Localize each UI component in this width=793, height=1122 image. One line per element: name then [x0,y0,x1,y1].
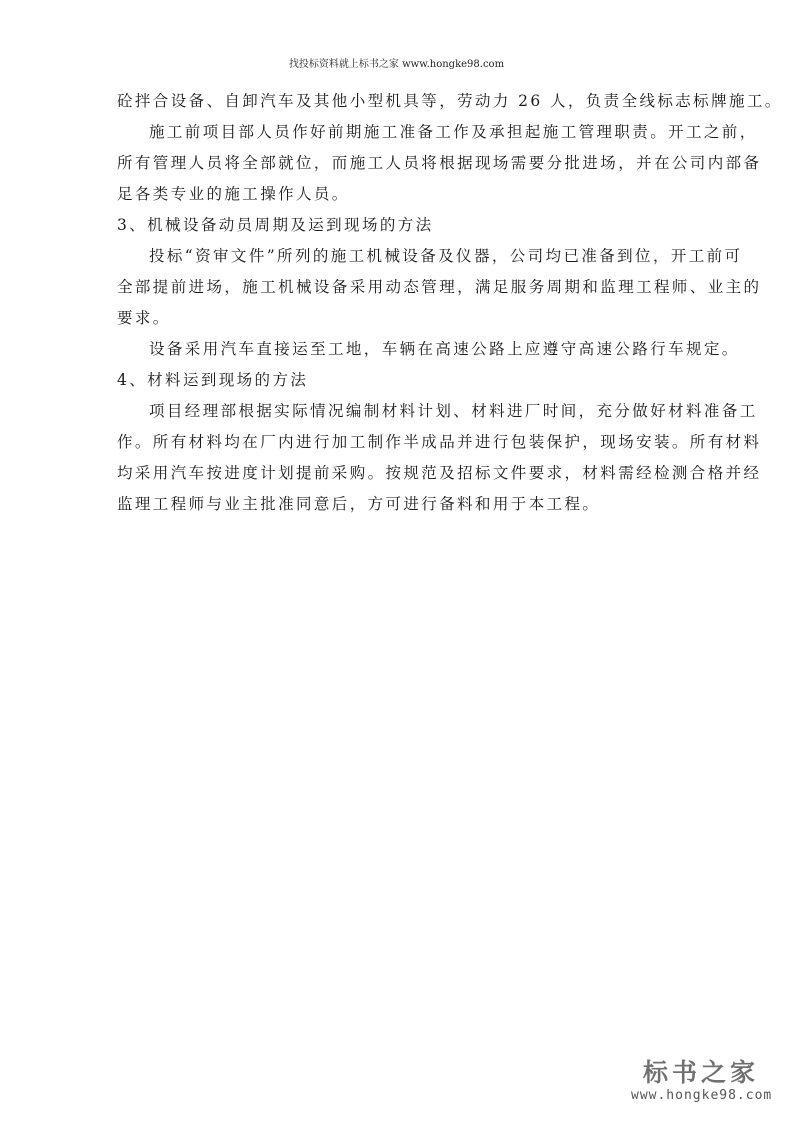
paragraph-line: 监理工程师与业主批准同意后，方可进行备料和用于本工程。 [117,489,699,520]
paragraph-line: 设备采用汽车直接运至工地，车辆在高速公路上应遵守高速公路行车规定。 [117,334,699,365]
paragraph-line: 所有管理人员将全部就位，而施工人员将根据现场需要分批进场，并在公司内部备 [117,148,699,179]
paragraph-line: 足各类专业的施工操作人员。 [117,179,699,210]
page-header: 找投标资料就上标书之家 www.hongke98.com [0,55,793,70]
paragraph-line: 作。所有材料均在厂内进行加工制作半成品并进行包装保护，现场安装。所有材料 [117,427,699,458]
paragraph-line: 砼拌合设备、自卸汽车及其他小型机具等，劳动力 26 人，负责全线标志标牌施工。 [117,86,699,117]
paragraph-line: 均采用汽车按进度计划提前采购。按规范及招标文件要求，材料需经检测合格并经 [117,458,699,489]
paragraph-line: 要求。 [117,303,699,334]
section-heading: 4、材料运到现场的方法 [117,365,699,396]
watermark-logo: 标书之家 www.hongke98.com [631,1058,771,1104]
paragraph-line: 施工前项目部人员作好前期施工准备工作及承担起施工管理职责。开工之前， [117,117,699,148]
watermark-url: www.hongke98.com [631,1088,771,1104]
paragraph-line: 投标“资审文件”所列的施工机械设备及仪器，公司均已准备到位，开工前可 [117,241,699,272]
paragraph-line: 项目经理部根据实际情况编制材料计划、材料进厂时间，充分做好材料准备工 [117,396,699,427]
paragraph-line: 全部提前进场，施工机械设备采用动态管理，满足服务周期和监理工程师、业主的 [117,272,699,303]
section-heading: 3、机械设备动员周期及运到现场的方法 [117,210,699,241]
document-body: 砼拌合设备、自卸汽车及其他小型机具等，劳动力 26 人，负责全线标志标牌施工。 … [117,86,699,520]
watermark-title: 标书之家 [631,1058,771,1088]
